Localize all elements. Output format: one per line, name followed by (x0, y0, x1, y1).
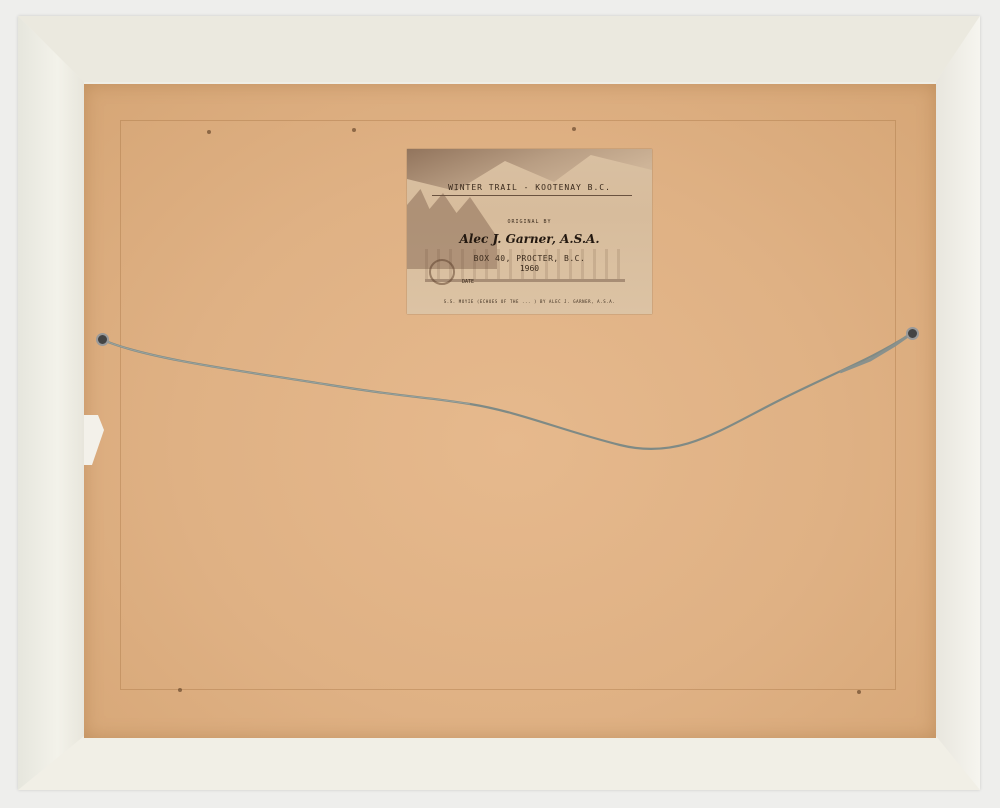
right-eye-hook (906, 327, 919, 340)
hanging-wire (0, 0, 1000, 808)
left-eye-hook (96, 333, 109, 346)
